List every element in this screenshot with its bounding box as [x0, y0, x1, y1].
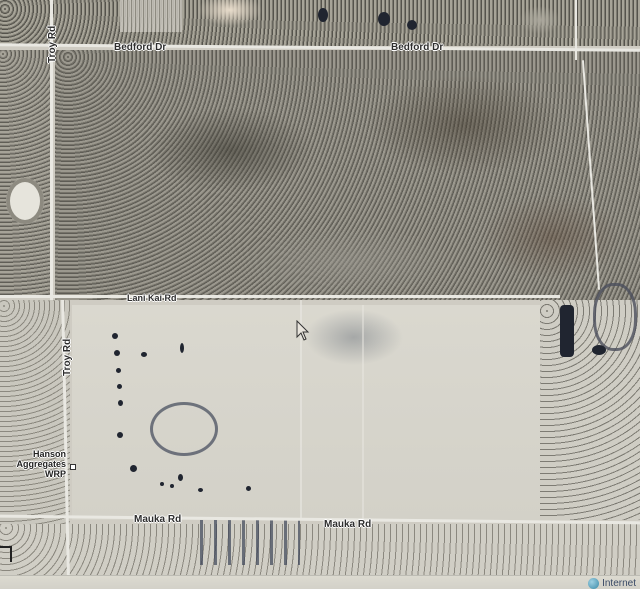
poi-hanson-aggregates[interactable]: Hanson Aggregates WRP: [6, 449, 66, 479]
tree: [114, 350, 120, 356]
road-lani-kai-rd[interactable]: [0, 295, 560, 298]
tree: [180, 343, 184, 353]
tree: [318, 8, 328, 22]
tree: [130, 465, 137, 472]
tree: [178, 474, 183, 481]
tree: [170, 484, 174, 488]
label-lani-kai-rd: Lani Kai Rd: [125, 293, 179, 304]
label-troy-rd: Troy Rd: [62, 337, 73, 378]
tree: [198, 488, 203, 492]
poi-name-line: WRP: [6, 469, 66, 479]
tree: [141, 352, 147, 357]
label-bedford-dr: Bedford Dr: [112, 42, 168, 53]
tree: [112, 333, 118, 339]
structure: [592, 345, 606, 355]
tree: [118, 400, 123, 406]
field-plots: [120, 0, 182, 32]
terrain-west-strip: [0, 50, 52, 295]
circular-track: [150, 402, 218, 456]
tree: [160, 482, 164, 486]
corner-bracket: [0, 546, 12, 562]
globe-icon: [588, 578, 599, 589]
tree: [117, 384, 122, 389]
label-mauka-rd: Mauka Rd: [322, 519, 373, 530]
security-zone[interactable]: Internet: [588, 576, 636, 589]
mouse-pointer-icon: [296, 320, 310, 342]
browser-status-bar: Internet: [0, 575, 640, 589]
east-oval-track: [593, 283, 637, 351]
poi-name-line: Hanson: [6, 449, 66, 459]
poi-name-line: Aggregates: [6, 459, 66, 469]
satellite-map[interactable]: Bedford Dr Bedford Dr Troy Rd Troy Rd La…: [0, 0, 640, 575]
label-mauka-rd: Mauka Rd: [132, 514, 183, 525]
terrain-brush-area: [55, 50, 640, 300]
label-troy-rd: Troy Rd: [47, 24, 58, 65]
oval-track: [6, 178, 44, 224]
road-east-track: [575, 0, 577, 60]
building-compound: [200, 520, 300, 565]
terrain-west-lower: [0, 300, 70, 530]
label-bedford-dr: Bedford Dr: [389, 42, 445, 53]
tree: [246, 486, 251, 491]
terrain-south: [0, 524, 640, 575]
tree: [378, 12, 390, 26]
zone-label: Internet: [602, 578, 636, 589]
tree: [117, 432, 123, 438]
tree: [116, 368, 121, 373]
structure: [560, 305, 574, 357]
terrain-north-edge: [0, 0, 640, 46]
field-boundary: [362, 305, 364, 520]
poi-marker-icon[interactable]: [70, 464, 76, 470]
tree: [407, 20, 417, 30]
